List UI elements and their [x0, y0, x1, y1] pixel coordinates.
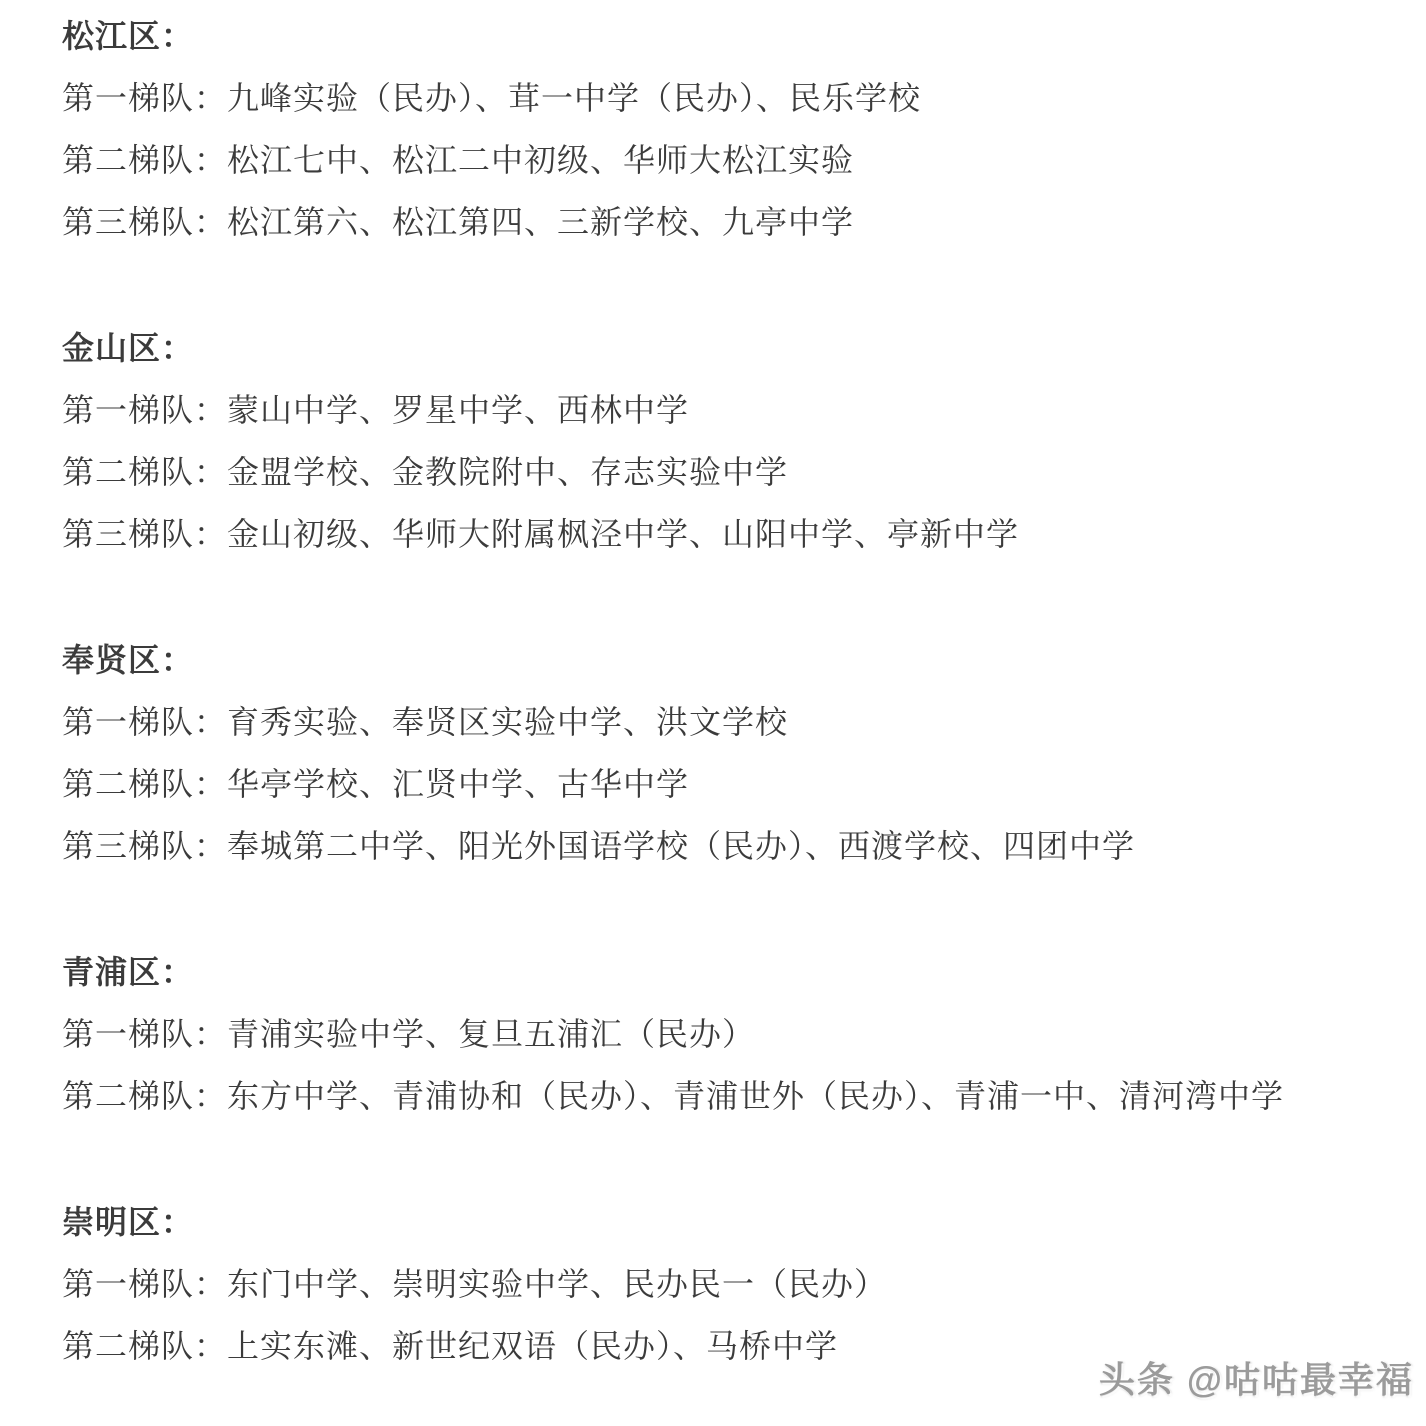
district-section-qingpu: 青浦区： 第一梯队：青浦实验中学、复旦五浦汇（民办） 第二梯队：东方中学、青浦协…	[62, 941, 1386, 1127]
document-body: 松江区： 第一梯队：九峰实验（民办）、茸一中学（民办）、民乐学校 第二梯队：松江…	[0, 0, 1426, 1377]
tier-line: 第二梯队：华亭学校、汇贤中学、古华中学	[62, 753, 1386, 815]
district-section-fengxian: 奉贤区： 第一梯队：育秀实验、奉贤区实验中学、洪文学校 第二梯队：华亭学校、汇贤…	[62, 629, 1386, 877]
tier-school-list: 青浦实验中学、复旦五浦汇（民办）	[227, 1003, 755, 1065]
tier-school-list: 松江第六、松江第四、三新学校、九亭中学	[227, 191, 854, 253]
district-title: 青浦区：	[62, 941, 1386, 1003]
tier-line: 第一梯队：东门中学、崇明实验中学、民办民一（民办）	[62, 1253, 1386, 1315]
district-section-chongming: 崇明区： 第一梯队：东门中学、崇明实验中学、民办民一（民办） 第二梯队：上实东滩…	[62, 1191, 1386, 1377]
tier-school-list: 东方中学、青浦协和（民办）、青浦世外（民办）、青浦一中、清河湾中学	[227, 1065, 1284, 1127]
tier-label: 第三梯队：	[62, 503, 227, 565]
tier-label: 第二梯队：	[62, 1315, 227, 1377]
tier-line: 第一梯队：蒙山中学、罗星中学、西林中学	[62, 379, 1386, 441]
tier-line: 第一梯队：青浦实验中学、复旦五浦汇（民办）	[62, 1003, 1386, 1065]
district-title: 金山区：	[62, 317, 1386, 379]
tier-school-list: 九峰实验（民办）、茸一中学（民办）、民乐学校	[227, 67, 921, 129]
tier-label: 第一梯队：	[62, 379, 227, 441]
tier-school-list: 东门中学、崇明实验中学、民办民一（民办）	[227, 1253, 887, 1315]
tier-school-list: 上实东滩、新世纪双语（民办）、马桥中学	[227, 1315, 838, 1377]
district-title: 崇明区：	[62, 1191, 1386, 1253]
tier-school-list: 金盟学校、金教院附中、存志实验中学	[227, 441, 788, 503]
tier-school-list: 蒙山中学、罗星中学、西林中学	[227, 379, 689, 441]
tier-label: 第二梯队：	[62, 441, 227, 503]
tier-line: 第二梯队：金盟学校、金教院附中、存志实验中学	[62, 441, 1386, 503]
tier-school-list: 松江七中、松江二中初级、华师大松江实验	[227, 129, 854, 191]
tier-label: 第二梯队：	[62, 129, 227, 191]
tier-line: 第三梯队：奉城第二中学、阳光外国语学校（民办）、西渡学校、四团中学	[62, 815, 1386, 877]
district-section-songjiang: 松江区： 第一梯队：九峰实验（民办）、茸一中学（民办）、民乐学校 第二梯队：松江…	[62, 5, 1386, 253]
tier-line: 第二梯队：松江七中、松江二中初级、华师大松江实验	[62, 129, 1386, 191]
tier-line: 第二梯队：东方中学、青浦协和（民办）、青浦世外（民办）、青浦一中、清河湾中学	[62, 1065, 1386, 1127]
tier-line: 第一梯队：育秀实验、奉贤区实验中学、洪文学校	[62, 691, 1386, 753]
tier-line: 第三梯队：松江第六、松江第四、三新学校、九亭中学	[62, 191, 1386, 253]
district-section-jinshan: 金山区： 第一梯队：蒙山中学、罗星中学、西林中学 第二梯队：金盟学校、金教院附中…	[62, 317, 1386, 565]
tier-label: 第三梯队：	[62, 191, 227, 253]
tier-line: 第三梯队：金山初级、华师大附属枫泾中学、山阳中学、亭新中学	[62, 503, 1386, 565]
tier-school-list: 育秀实验、奉贤区实验中学、洪文学校	[227, 691, 788, 753]
district-title: 奉贤区：	[62, 629, 1386, 691]
tier-school-list: 金山初级、华师大附属枫泾中学、山阳中学、亭新中学	[227, 503, 1019, 565]
tier-label: 第一梯队：	[62, 1003, 227, 1065]
tier-school-list: 华亭学校、汇贤中学、古华中学	[227, 753, 689, 815]
tier-school-list: 奉城第二中学、阳光外国语学校（民办）、西渡学校、四团中学	[227, 815, 1135, 877]
tier-line: 第一梯队：九峰实验（民办）、茸一中学（民办）、民乐学校	[62, 67, 1386, 129]
tier-label: 第二梯队：	[62, 1065, 227, 1127]
tier-label: 第一梯队：	[62, 67, 227, 129]
tier-label: 第一梯队：	[62, 1253, 227, 1315]
tier-label: 第三梯队：	[62, 815, 227, 877]
tier-label: 第二梯队：	[62, 753, 227, 815]
tier-label: 第一梯队：	[62, 691, 227, 753]
toutiao-watermark: 头条 @咕咕最幸福	[1099, 1352, 1414, 1403]
district-title: 松江区：	[62, 5, 1386, 67]
